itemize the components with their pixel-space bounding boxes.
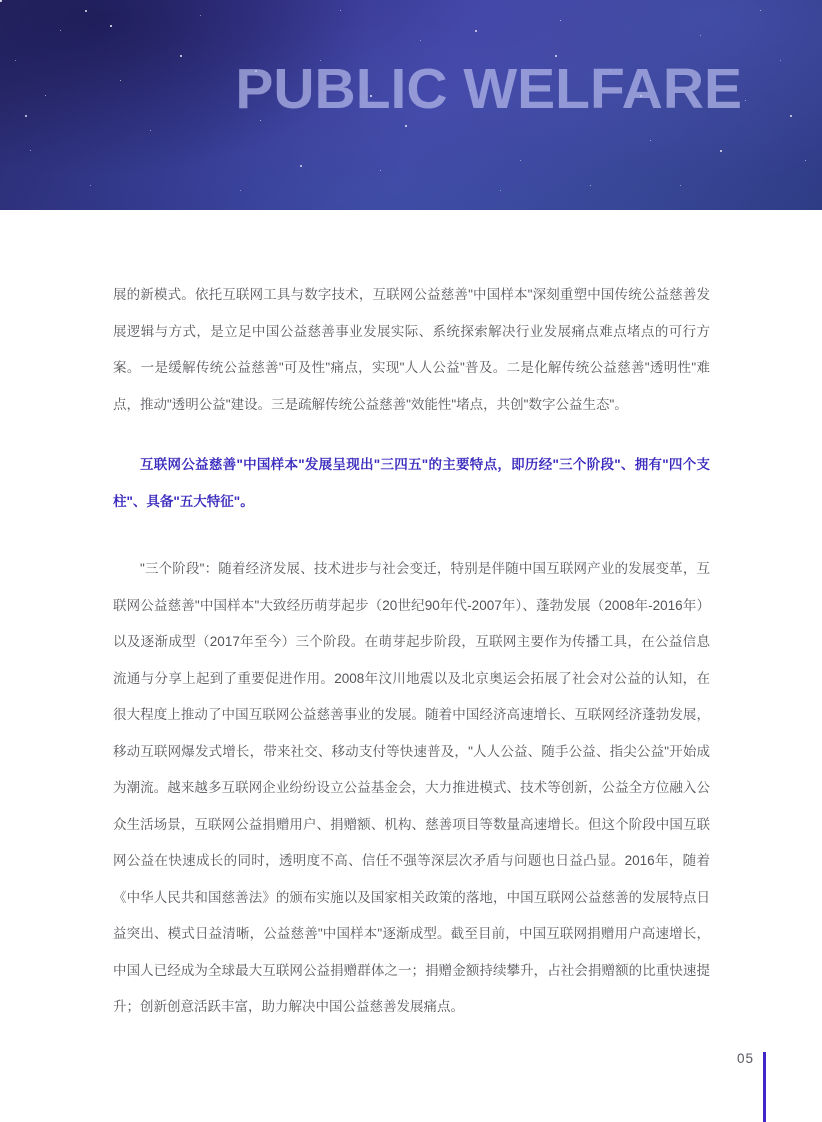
- page-number: 05: [737, 1051, 754, 1066]
- header-title: PUBLIC WELFARE: [235, 56, 742, 122]
- paragraph-three-stages: "三个阶段"：随着经济发展、技术进步与社会变迁，特别是伴随中国互联网产业的发展变…: [113, 551, 710, 1026]
- paragraph-key-point: 互联网公益慈善"中国样本"发展呈现出"三四五"的主要特点，即历经"三个阶段"、拥…: [113, 447, 710, 520]
- paragraph-intro: 展的新模式。依托互联网工具与数字技术，互联网公益慈善"中国样本"深刻重塑中国传统…: [113, 277, 710, 423]
- report-page: PUBLIC WELFARE 展的新模式。依托互联网工具与数字技术，互联网公益慈…: [0, 0, 822, 1122]
- header-banner: PUBLIC WELFARE: [0, 0, 822, 210]
- stars-decoration-bright: [0, 0, 2, 2]
- page-number-accent-bar: [763, 1052, 766, 1122]
